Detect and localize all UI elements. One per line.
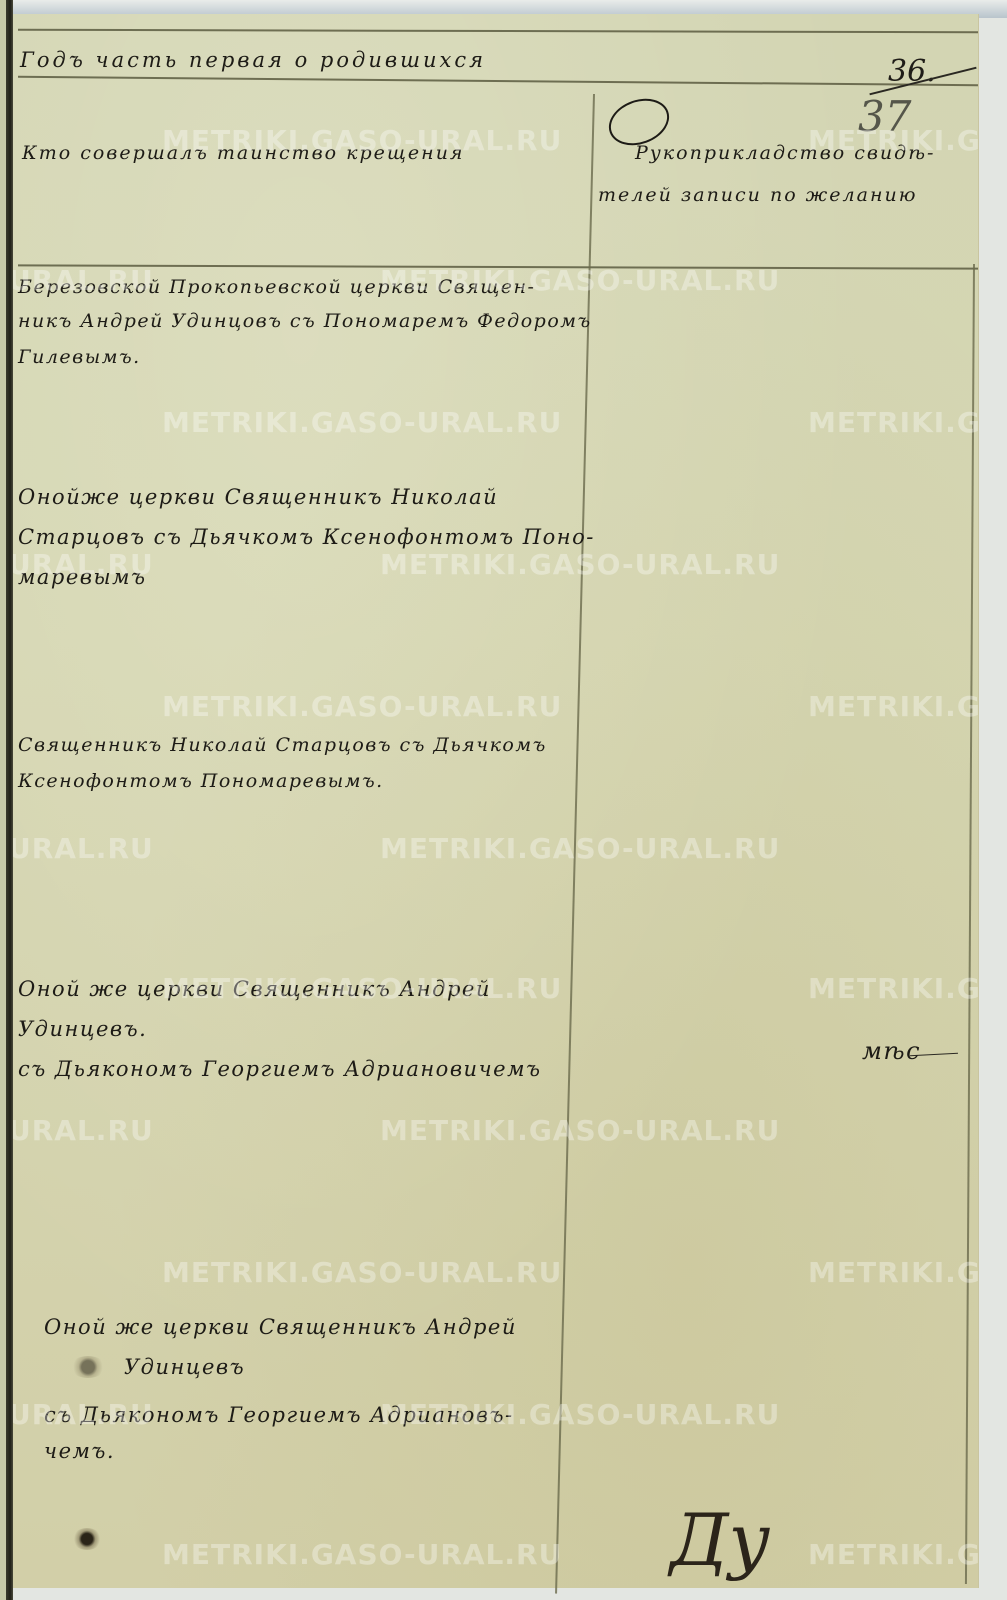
right-column-heading-line1: Рукоприкладство свидѣ- (635, 142, 935, 164)
scanned-document: Годъ часть первая о родившихся 36. 37 Кт… (0, 0, 1007, 1600)
right-column-note: мѣс (862, 1034, 921, 1068)
right-column-heading-line2: телей записи по желанию (598, 184, 917, 206)
entry-line: Удинцевъ (124, 1350, 245, 1384)
watermark: METRIKI.G (808, 690, 981, 723)
entry-line: Оной же церкви Священникъ Андрей (18, 972, 491, 1006)
header-top-rule (18, 29, 978, 34)
watermark: METRIKI.GASO-URAL.RU (162, 406, 562, 439)
header-bottom-rule (18, 76, 978, 86)
watermark: URAL.RU (8, 1114, 154, 1147)
section-title: Годъ часть первая о родившихся (20, 48, 486, 72)
right-margin-rule (965, 264, 975, 1584)
watermark: METRIKI.GASO-URAL.RU (162, 690, 562, 723)
entry-line: маревымъ (18, 560, 147, 594)
watermark: METRIKI.G (808, 406, 981, 439)
page-number-new: 37 (858, 92, 911, 141)
column-heading-bottom-rule (18, 264, 978, 269)
watermark: METRIKI.G (808, 1538, 981, 1571)
entry-line: Старцовъ съ Дьячкомъ Ксенофонтомъ Поно- (18, 520, 595, 554)
entry-line: чемъ. (44, 1434, 115, 1468)
entry-line: Онойже церкви Священникъ Николай (18, 480, 498, 514)
watermark: METRIKI.G (808, 972, 981, 1005)
watermark: METRIKI.GASO-URAL.RU (162, 1538, 562, 1571)
entry-line: съ Дьякономъ Георгиемъ Адриановичемъ (18, 1052, 541, 1086)
watermark: METRIKI.GASO-URAL.RU (162, 1256, 562, 1289)
left-column-heading: Кто совершалъ таинство крещения (22, 142, 465, 164)
entry-line: Гилевымъ. (18, 340, 141, 374)
entry-line: съ Дьякономъ Георгиемъ Адриановъ- (44, 1398, 514, 1432)
watermark: METRIKI.GASO-URAL.RU (380, 832, 780, 865)
book-spine-edge (6, 0, 13, 1600)
entry-line: Удинцевъ. (18, 1012, 147, 1046)
watermark: METRIKI.G (808, 1256, 981, 1289)
entry-line: никъ Андрей Удинцовъ съ Пономаремъ Федор… (18, 304, 592, 338)
entry-line: Оной же церкви Священникъ Андрей (44, 1310, 517, 1344)
entry-line: Ксенофонтомъ Пономаревымъ. (18, 764, 384, 798)
entry-line: Священникъ Николай Старцовъ съ Дьячкомъ (18, 728, 547, 762)
footer-signature-mark: Ду (670, 1498, 770, 1582)
watermark: METRIKI.GASO-URAL.RU (380, 1114, 780, 1147)
entry-line: Березовской Прокопьевской церкви Священ- (18, 270, 535, 304)
ink-stain (70, 1356, 106, 1378)
register-page: Годъ часть первая о родившихся 36. 37 Кт… (10, 14, 978, 1588)
watermark: URAL.RU (8, 832, 154, 865)
ink-stain (72, 1528, 102, 1550)
